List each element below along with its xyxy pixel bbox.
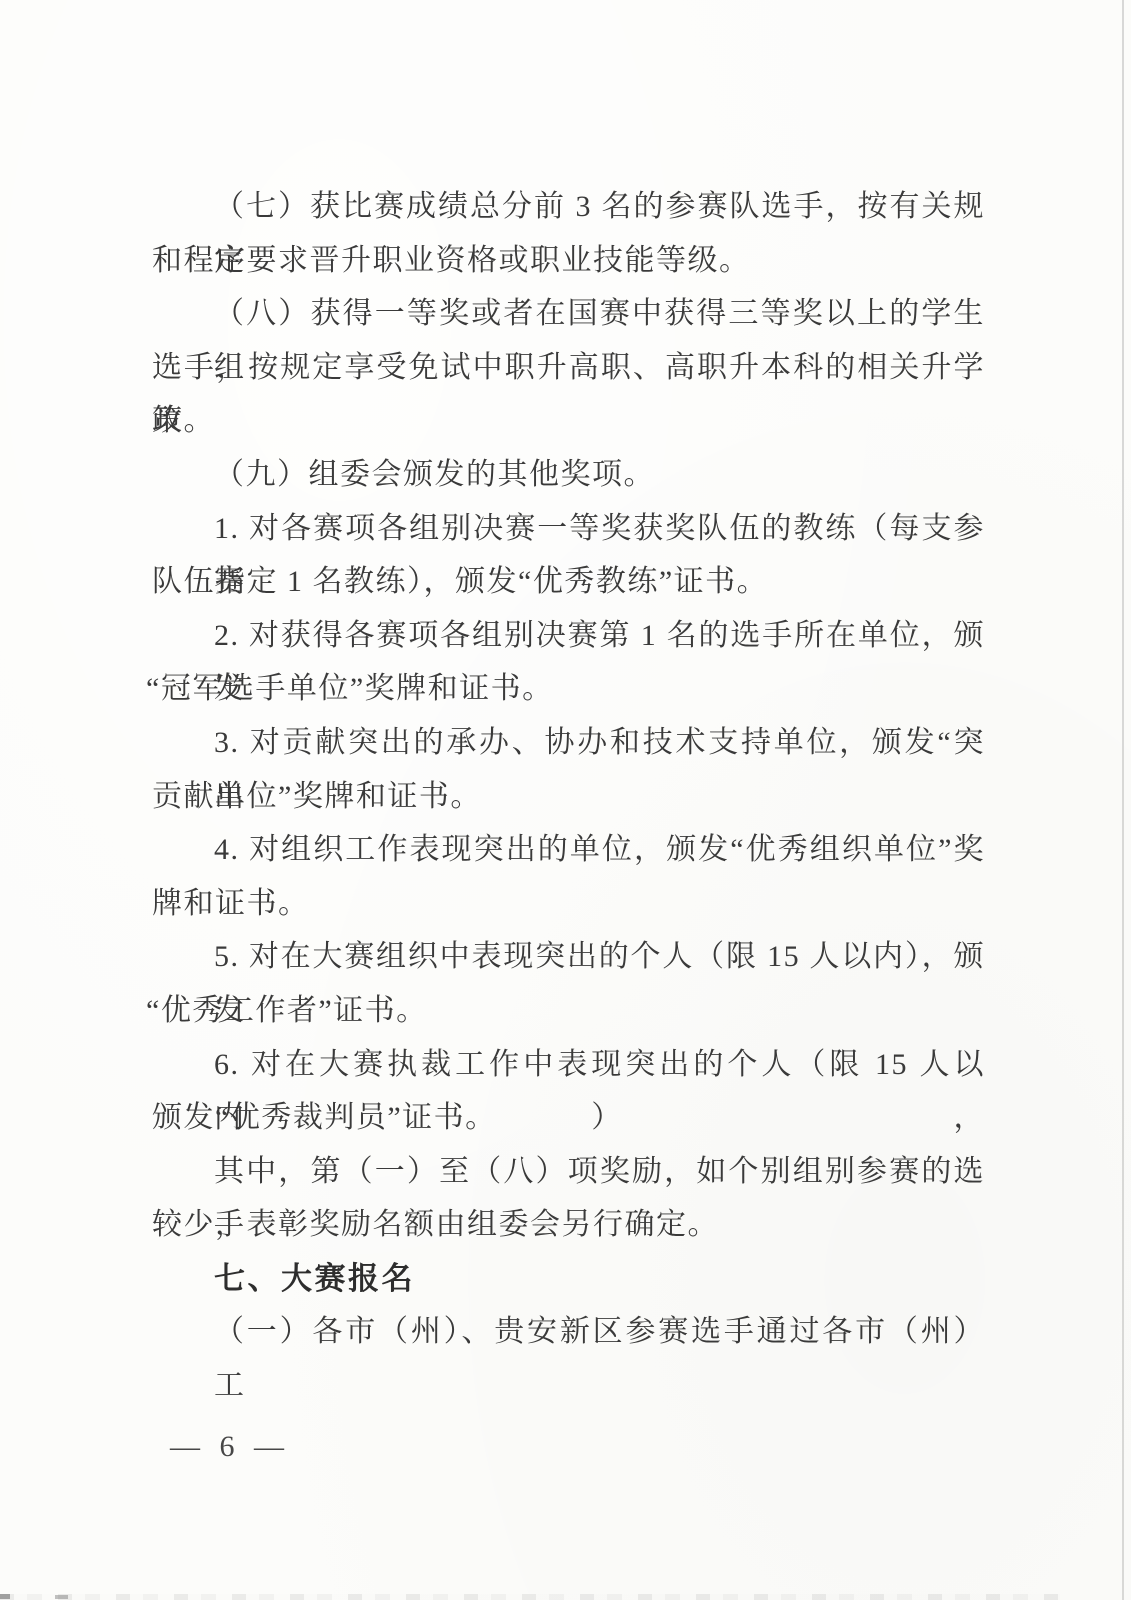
text-line: 牌和证书。 bbox=[152, 877, 985, 931]
text-line: “优秀工作者”证书。 bbox=[146, 984, 985, 1038]
text-line: 策。 bbox=[152, 394, 985, 448]
text-line: “冠军选手单位”奖牌和证书。 bbox=[146, 662, 985, 716]
section-heading: 七、大赛报名 bbox=[152, 1252, 985, 1306]
text-line: （九）组委会颁发的其他奖项。 bbox=[152, 448, 985, 502]
text-line: 较少，表彰奖励名额由组委会另行确定。 bbox=[152, 1198, 985, 1252]
next-page-cutoff-artifact bbox=[0, 1594, 1060, 1600]
text-line: 6. 对在大赛执裁工作中表现突出的个人（限 15 人以内）， bbox=[152, 1038, 985, 1092]
text-line: 其中，第（一）至（八）项奖励，如个别组别参赛的选手 bbox=[152, 1145, 985, 1199]
text-line: 队伍指定 1 名教练），颁发“优秀教练”证书。 bbox=[152, 555, 985, 609]
scan-speck bbox=[0, 1594, 10, 1599]
text-line: （一）各市（州）、贵安新区参赛选手通过各市（州）工 bbox=[152, 1305, 985, 1359]
document-body: （七）获比赛成绩总分前 3 名的参赛队选手，按有关规定和程序要求晋升职业资格或职… bbox=[152, 180, 985, 1359]
text-line: 4. 对组织工作表现突出的单位，颁发“优秀组织单位”奖 bbox=[152, 823, 985, 877]
text-line: 3. 对贡献突出的承办、协办和技术支持单位，颁发“突出 bbox=[152, 716, 985, 770]
scan-speck bbox=[55, 1595, 68, 1599]
scan-edge-line bbox=[1122, 0, 1124, 1600]
text-line: （八）获得一等奖或者在国赛中获得三等奖以上的学生组 bbox=[152, 287, 985, 341]
text-line: 和程序要求晋升职业资格或职业技能等级。 bbox=[152, 234, 985, 288]
text-line: 选手，按规定享受免试中职升高职、高职升本科的相关升学政 bbox=[152, 341, 985, 395]
text-line: 贡献单位”奖牌和证书。 bbox=[152, 770, 985, 824]
document-lines: （七）获比赛成绩总分前 3 名的参赛队选手，按有关规定和程序要求晋升职业资格或职… bbox=[152, 180, 985, 1359]
text-line: 5. 对在大赛组织中表现突出的个人（限 15 人以内），颁发 bbox=[152, 930, 985, 984]
text-line: 2. 对获得各赛项各组别决赛第 1 名的选手所在单位，颁发 bbox=[152, 609, 985, 663]
text-line: 1. 对各赛项各组别决赛一等奖获奖队伍的教练（每支参赛 bbox=[152, 502, 985, 556]
page-number: — 6 — bbox=[170, 1430, 290, 1464]
text-line: （七）获比赛成绩总分前 3 名的参赛队选手，按有关规定 bbox=[152, 180, 985, 234]
